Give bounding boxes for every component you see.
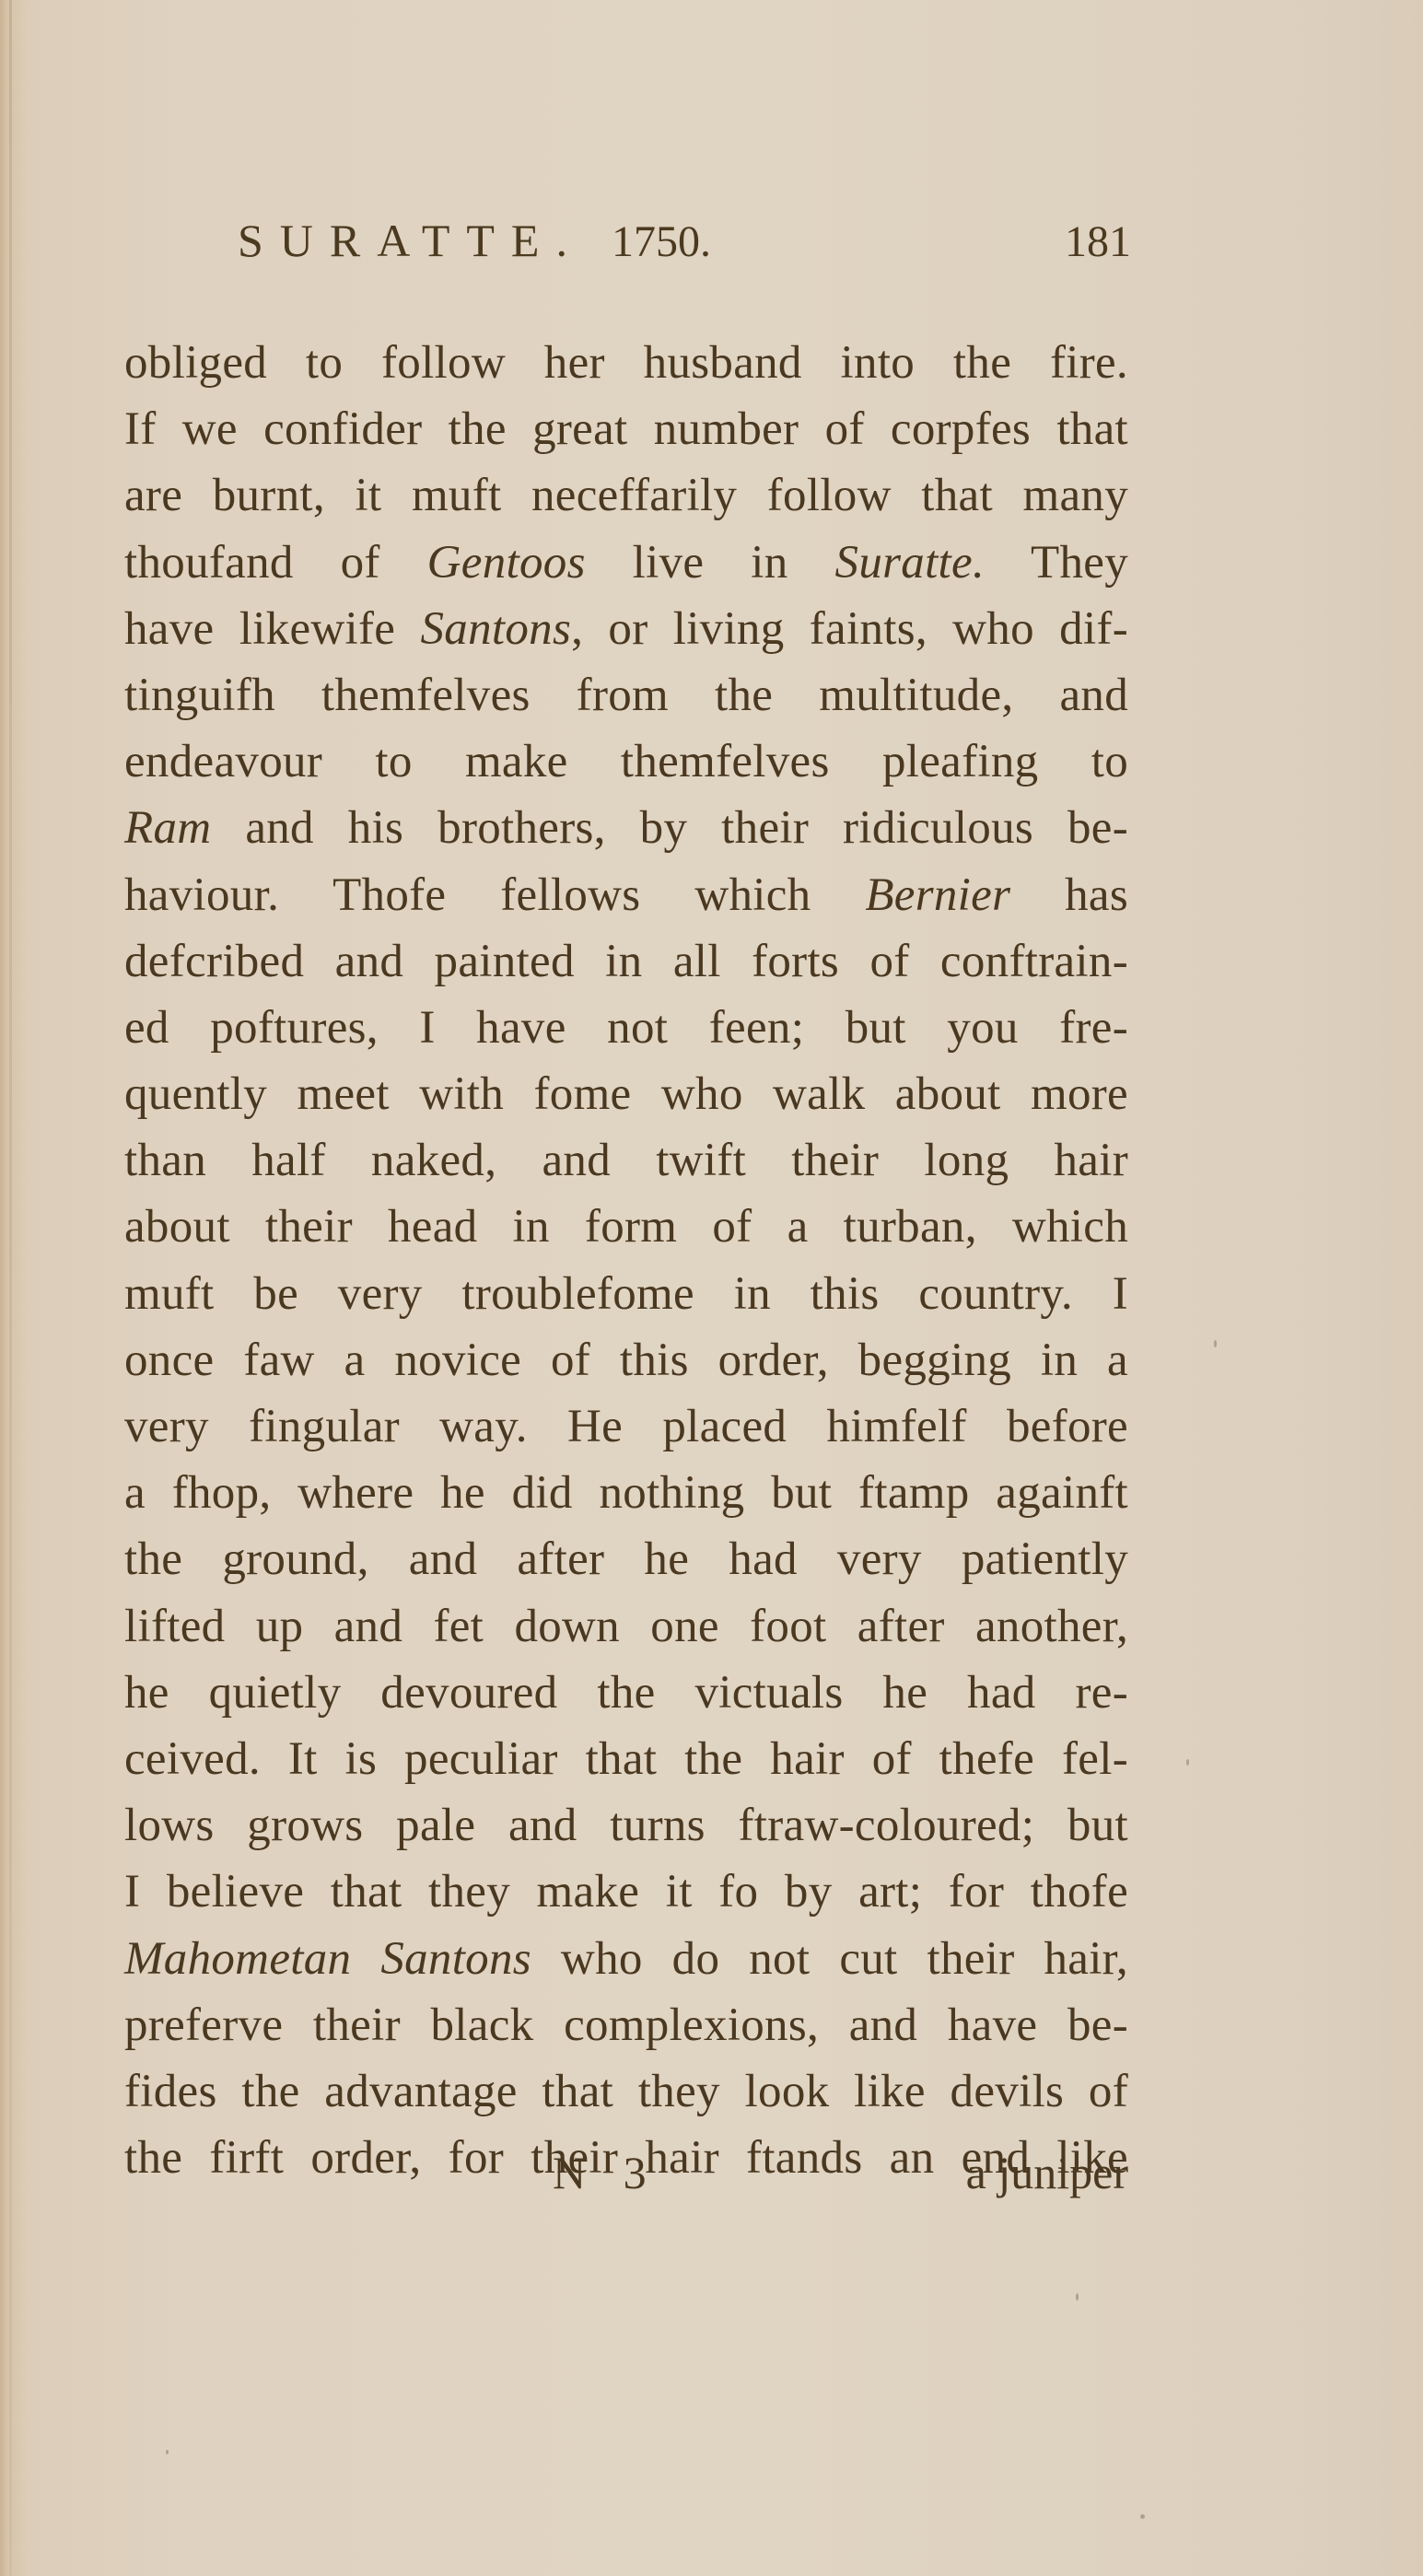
text-line: he quietly devoured the victuals he had … [124,1660,1128,1726]
running-head: SURATTE. 1750. 181 [238,214,1131,278]
italic-segment: Bernier [865,869,1010,921]
text-line: ceived. It is peculiar that the hair of … [124,1726,1128,1792]
text-line: lows grows pale and turns ftraw-coloured… [124,1792,1128,1859]
text-line: the ground, and after he had very patien… [124,1526,1128,1592]
body-text: obliged to follow her husband into the f… [124,330,1128,2191]
text-segment: and his brothers, by their ridiculous be… [211,802,1128,854]
text-line: have likewife Santons, or living faints,… [124,596,1128,662]
text-segment: thoufand of [124,537,427,589]
text-line: haviour. Thofe fellows which Bernier has [124,862,1128,928]
italic-segment: Santons [420,603,571,655]
text-segment: who do not cut their hair, [531,1933,1128,1985]
paper-speck [1186,1759,1189,1766]
text-segment: ceived. It is peculiar that the hair of … [124,1733,1128,1785]
text-segment: lifted up and fet down one foot after an… [124,1601,1128,1652]
text-line: preferve their black complexions, and ha… [124,1992,1128,2058]
text-line: If we confider the great number of corpf… [124,396,1128,462]
text-line: endeavour to make themfelves pleafing to [124,729,1128,795]
text-segment: has [1010,869,1128,921]
text-line: once faw a novice of this order, begging… [124,1327,1128,1393]
text-segment: the ground, and after he had very patien… [124,1533,1128,1585]
text-segment: ed poftures, I have not feen; but you fr… [124,1002,1128,1054]
paper-speck [166,2450,169,2454]
text-segment: once faw a novice of this order, begging… [124,1335,1128,1386]
text-segment: than half naked, and twift their long ha… [124,1135,1128,1186]
catchline: N 3 a juniper [553,2146,1128,2212]
italic-segment: Mahometan Santons [124,1933,531,1985]
paper-speck [1140,2514,1145,2519]
page-number: 181 [1065,216,1131,267]
text-segment: tinguifh themfelves from the multitude, … [124,670,1128,721]
text-segment: muft be very troublefome in this country… [124,1268,1128,1320]
signature-mark: N 3 [553,2146,659,2199]
text-segment: a fhop, where he did nothing but ftamp a… [124,1467,1128,1519]
text-line: Mahometan Santons who do not cut their h… [124,1926,1128,1992]
text-line: quently meet with fome who walk about mo… [124,1061,1128,1127]
text-segment: They [985,537,1128,589]
text-line: thoufand of Gentoos live in Suratte. The… [124,530,1128,596]
text-segment: defcribed and painted in all forts of co… [124,936,1128,987]
text-line: are burnt, it muft neceffarily follow th… [124,462,1128,529]
italic-segment: Gentoos [427,537,586,589]
running-head-year: 1750. [612,216,711,267]
text-line: tinguifh themfelves from the multitude, … [124,662,1128,729]
text-segment: If we confider the great number of corpf… [124,403,1128,455]
text-segment: preferve their black complexions, and ha… [124,1999,1128,2051]
text-segment: have likewife [124,603,420,655]
text-segment: live in [586,537,835,589]
catchword: a juniper [966,2146,1128,2199]
text-line: I believe that they make it fo by art; f… [124,1859,1128,1925]
text-line: Ram and his brothers, by their ridiculou… [124,795,1128,861]
text-segment: he quietly devoured the victuals he had … [124,1667,1128,1719]
text-segment: very fingular way. He placed himfelf bef… [124,1401,1128,1452]
text-segment: about their head in form of a turban, wh… [124,1201,1128,1253]
paper-speck [1214,1340,1217,1347]
text-line: very fingular way. He placed himfelf bef… [124,1393,1128,1460]
text-segment: obliged to follow her husband into the f… [124,337,1128,389]
page-gutter [9,0,12,2576]
book-page: SURATTE. 1750. 181 obliged to follow her… [0,0,1423,2576]
text-line: ed poftures, I have not feen; but you fr… [124,995,1128,1061]
text-line: about their head in form of a turban, wh… [124,1194,1128,1260]
text-line: muft be very troublefome in this country… [124,1261,1128,1327]
text-segment: fides the advantage that they look like … [124,2066,1128,2117]
italic-segment: Ram [124,802,211,854]
text-line: a fhop, where he did nothing but ftamp a… [124,1460,1128,1526]
text-segment: lows grows pale and turns ftraw-coloured… [124,1800,1128,1851]
text-segment: quently meet with fome who walk about mo… [124,1068,1128,1120]
text-segment: I believe that they make it fo by art; f… [124,1866,1128,1917]
text-line: defcribed and painted in all forts of co… [124,928,1128,995]
text-segment: haviour. Thofe fellows which [124,869,865,921]
paper-speck [1076,2293,1079,2301]
text-line: fides the advantage that they look like … [124,2058,1128,2125]
text-line: than half naked, and twift their long ha… [124,1127,1128,1194]
text-line: obliged to follow her husband into the f… [124,330,1128,396]
text-segment: , or living faints, who dif- [571,603,1128,655]
italic-segment: Suratte. [835,537,985,589]
text-line: lifted up and fet down one foot after an… [124,1593,1128,1660]
text-segment: endeavour to make themfelves pleafing to [124,736,1128,787]
text-segment: are burnt, it muft neceffarily follow th… [124,470,1128,521]
running-head-title: SURATTE. [238,214,584,267]
